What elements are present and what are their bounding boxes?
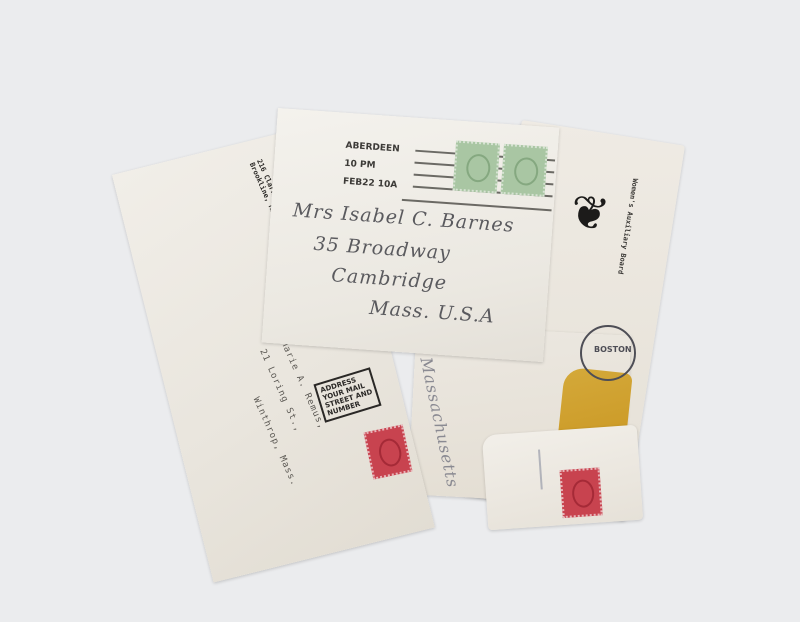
front-envelope: ABERDEEN 10 PM FEB22 10A Mrs Isabel C. B… xyxy=(262,108,560,362)
address-line-2: 35 Broadway xyxy=(313,233,452,265)
postmark-time: 10 PM xyxy=(344,159,376,171)
red-stamp-icon xyxy=(559,467,602,518)
envelope-photo: ❦ Women's Auxiliary Board Massachusetts … xyxy=(0,0,800,622)
postmark-date: FEB22 10A xyxy=(343,177,398,191)
faded-handwriting: Massachusetts xyxy=(416,355,462,489)
letterhead-text: Women's Auxiliary Board xyxy=(616,178,639,275)
postmark-city: BOSTON xyxy=(594,345,632,354)
address-line-3: Cambridge xyxy=(331,264,448,294)
thistle-emblem-icon: ❦ xyxy=(567,187,612,238)
address-line-4: Mass. U.S.A xyxy=(369,297,496,328)
postmark-city: ABERDEEN xyxy=(345,141,400,155)
green-stamp-icon xyxy=(501,144,548,197)
boston-postmark: BOSTON xyxy=(580,325,636,381)
torn-envelope xyxy=(482,425,643,531)
green-stamp-icon xyxy=(453,141,500,194)
